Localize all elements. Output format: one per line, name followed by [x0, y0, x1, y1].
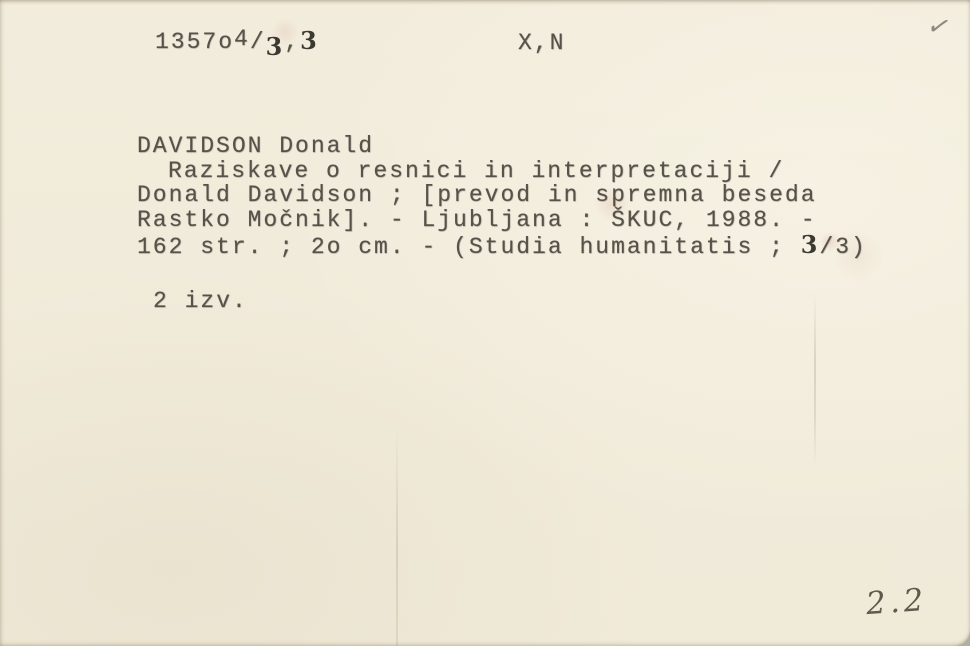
call-number-slash: /: [250, 29, 266, 55]
call-number-part: 1357o: [155, 29, 234, 55]
call-number-handwritten-digit: 3: [300, 28, 319, 53]
paper-stains: [0, 0, 970, 646]
copies-note: 2 izv.: [153, 289, 248, 314]
collation-text: 162 str. ; 2o cm. - (Studia humanitatis …: [137, 234, 801, 260]
collation-series-line: 162 str. ; 2o cm. - (Studia humanitatis …: [137, 232, 867, 260]
call-number: 1357o4/3,3: [155, 27, 319, 55]
checkmark-icon: ✓: [923, 11, 955, 44]
imprint-line: Rastko Močnik]. - Ljubljana : ŠKUC, 1988…: [137, 208, 817, 233]
series-closing-text: /3): [819, 234, 866, 260]
call-number-superscript: 4: [234, 27, 250, 52]
main-entry-heading: DAVIDSON Donald: [137, 134, 374, 159]
shelf-mark-handwritten: 2.2: [865, 582, 929, 622]
paper-crease: [814, 292, 816, 467]
catalog-card: 1357o4/3,3 X,N ✓ DAVIDSON Donald Raziska…: [0, 0, 970, 646]
paper-crease: [396, 424, 398, 646]
call-number-comma: ,: [284, 29, 300, 55]
responsibility-line: Donald Davidson ; [prevod in spremna bes…: [137, 183, 817, 208]
series-number-handwritten: 3: [801, 230, 820, 259]
title-statement-line: Raziskave o resnici in interpretaciji /: [168, 159, 784, 184]
scan-stage: 1357o4/3,3 X,N ✓ DAVIDSON Donald Raziska…: [0, 0, 970, 646]
classification-mark: X,N: [518, 31, 565, 56]
call-number-handwritten-subscript: 3: [266, 34, 285, 59]
